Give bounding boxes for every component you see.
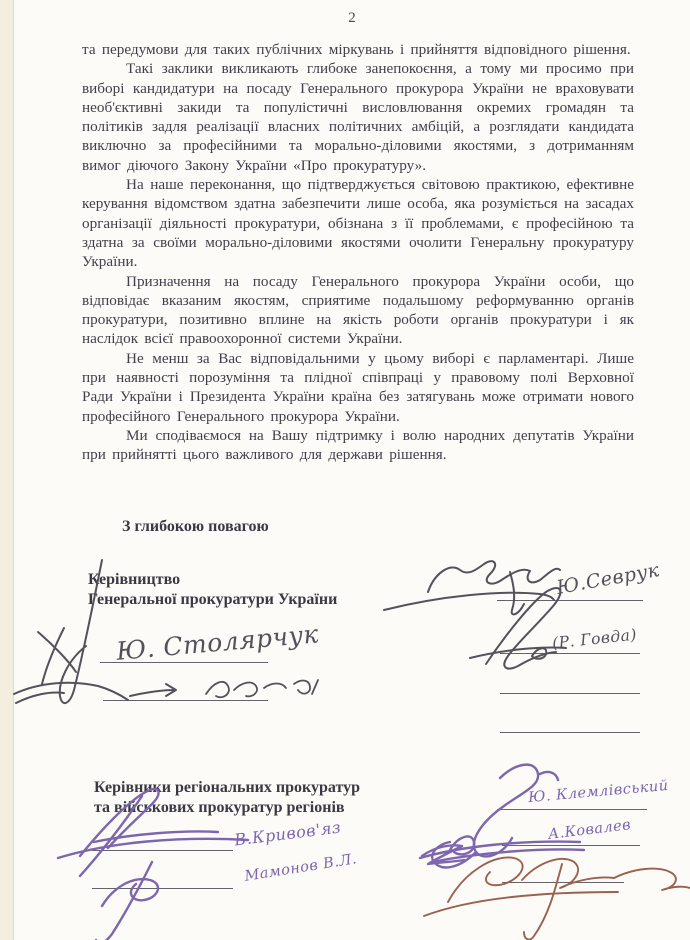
handwritten-name-stoliarchuk: Ю. Столярчук — [115, 619, 320, 666]
signatory-group-leadership: Керівництво Генеральної прокуратури Укра… — [88, 570, 337, 610]
signature-scribble-sevruk — [384, 561, 560, 614]
handwritten-name-kryvoviaz: В.Кривов'яз — [233, 818, 342, 850]
signature-scribble-mamonov — [96, 862, 158, 940]
signature-note-scribble — [206, 680, 318, 697]
page-number: 2 — [14, 10, 690, 27]
paragraph: Не менш за Вас відповідальними у цьому в… — [82, 349, 634, 426]
paragraph-continuation: та передумови для таких публічних міркув… — [82, 40, 634, 59]
paragraph: Такі заклики викликають глибоке занепоко… — [82, 59, 634, 175]
group-title-line: Генеральної прокуратури України — [88, 590, 337, 610]
closing-salutation: З глибокою повагою — [122, 518, 269, 536]
group-title-line: та військових прокуратур регіонів — [94, 798, 360, 818]
handwritten-name-govda: (Р. Говда) — [551, 626, 637, 653]
scan-edge-strip — [0, 0, 14, 940]
signature-line — [500, 732, 640, 733]
signature-line — [497, 600, 643, 601]
handwritten-name-kovalev: А.Ковалев — [547, 817, 632, 843]
handwritten-name-mamonov: Мамонов В.Л. — [243, 851, 358, 885]
signature-line — [92, 850, 233, 851]
signature-line — [502, 882, 624, 883]
paragraph: Ми сподіваємося на Вашу підтримку і волю… — [82, 426, 634, 465]
signatory-group-regional: Керівники регіональних прокуратур та вій… — [94, 778, 360, 818]
scanned-letter-page: 2 та передумови для таких публічних мірк… — [0, 0, 690, 940]
paragraph: На наше переконання, що підтверджується … — [82, 175, 634, 271]
handwritten-name-sevruk: Ю.Севрук — [555, 559, 661, 599]
signature-scribble-brown — [424, 857, 690, 939]
signature-line — [92, 888, 233, 889]
signature-scribble-klemlivskyi — [432, 765, 558, 868]
letter-body: та передумови для таких публічних міркув… — [82, 40, 634, 465]
signature-line — [103, 700, 268, 701]
paragraph: Призначення на посаду Генерального проку… — [82, 272, 634, 349]
group-title-line: Керівництво — [88, 570, 337, 590]
signature-line — [500, 693, 640, 694]
group-title-line: Керівники регіональних прокуратур — [94, 778, 360, 798]
handwritten-name-klemlivskyi: Ю. Клемлівський — [528, 778, 670, 806]
signature-line — [502, 845, 640, 846]
signature-line — [500, 653, 640, 654]
signature-line — [497, 809, 647, 810]
